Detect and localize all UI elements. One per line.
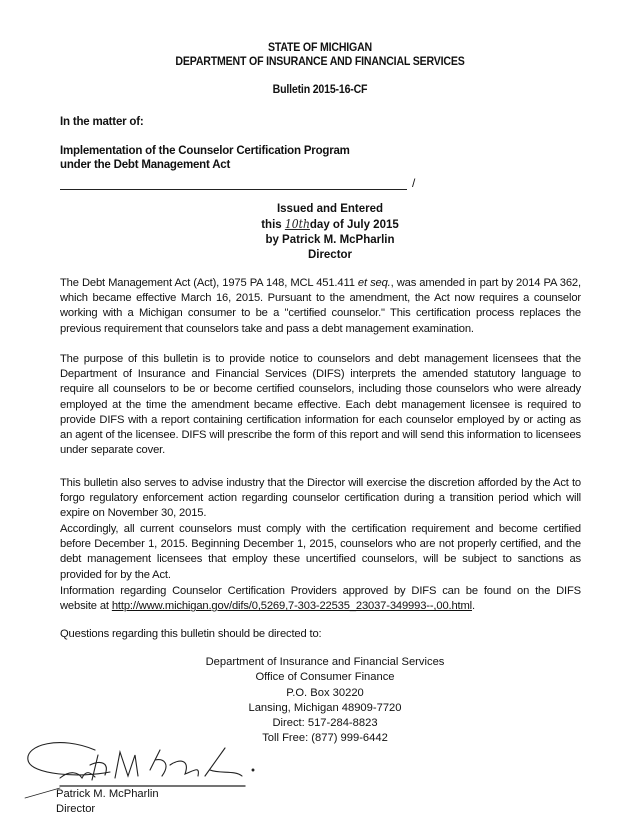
- bulletin-page: STATE OF MICHIGAN DEPARTMENT OF INSURANC…: [0, 0, 640, 827]
- paragraph-3: This bulletin also serves to advise indu…: [60, 476, 581, 522]
- matter-title-line1: Implementation of the Counselor Certific…: [60, 145, 350, 157]
- issued-block: Issued and Entered this 10thday of July …: [240, 202, 420, 263]
- address-line3: P.O. Box 30220: [205, 686, 445, 701]
- p1-italic: et seq.: [358, 277, 391, 289]
- matter-label: In the matter of:: [60, 116, 144, 128]
- difs-website-link[interactable]: http://www.michigan.gov/difs/0,5269,7-30…: [112, 600, 472, 612]
- paragraph-6: Questions regarding this bulletin should…: [60, 627, 581, 642]
- address-line2: Office of Consumer Finance: [205, 670, 445, 685]
- matter-rule: [60, 189, 407, 190]
- issued-line4: Director: [240, 248, 420, 263]
- p5-end: .: [472, 600, 475, 612]
- matter-slash: /: [412, 176, 415, 190]
- issued-line2: this 10thday of July 2015: [240, 217, 420, 233]
- issued-this: this: [261, 219, 281, 231]
- bulletin-number: Bulletin 2015-16-CF: [26, 84, 615, 96]
- paragraph-4: Accordingly, all current counselors must…: [60, 522, 581, 583]
- issued-date-rest: day of July 2015: [310, 219, 399, 231]
- handwritten-day: 10th: [285, 217, 310, 231]
- signatory-title: Director: [56, 802, 159, 817]
- department-heading: DEPARTMENT OF INSURANCE AND FINANCIAL SE…: [26, 56, 615, 68]
- signatory-name: Patrick M. McPharlin: [56, 787, 159, 802]
- paragraph-1: The Debt Management Act (Act), 1975 PA 1…: [60, 276, 581, 337]
- state-heading: STATE OF MICHIGAN: [26, 42, 615, 54]
- paragraph-5: Information regarding Counselor Certific…: [60, 584, 581, 614]
- matter-title-line2: under the Debt Management Act: [60, 159, 230, 171]
- address-line4: Lansing, Michigan 48909-7720: [205, 701, 445, 716]
- issued-line3: by Patrick M. McPharlin: [240, 233, 420, 248]
- address-line1: Department of Insurance and Financial Se…: [205, 655, 445, 670]
- paragraph-2: The purpose of this bulletin is to provi…: [60, 352, 581, 458]
- p1-text-a: The Debt Management Act (Act), 1975 PA 1…: [60, 277, 358, 289]
- signature-block: Patrick M. McPharlin Director: [56, 787, 159, 817]
- issued-line1: Issued and Entered: [240, 202, 420, 217]
